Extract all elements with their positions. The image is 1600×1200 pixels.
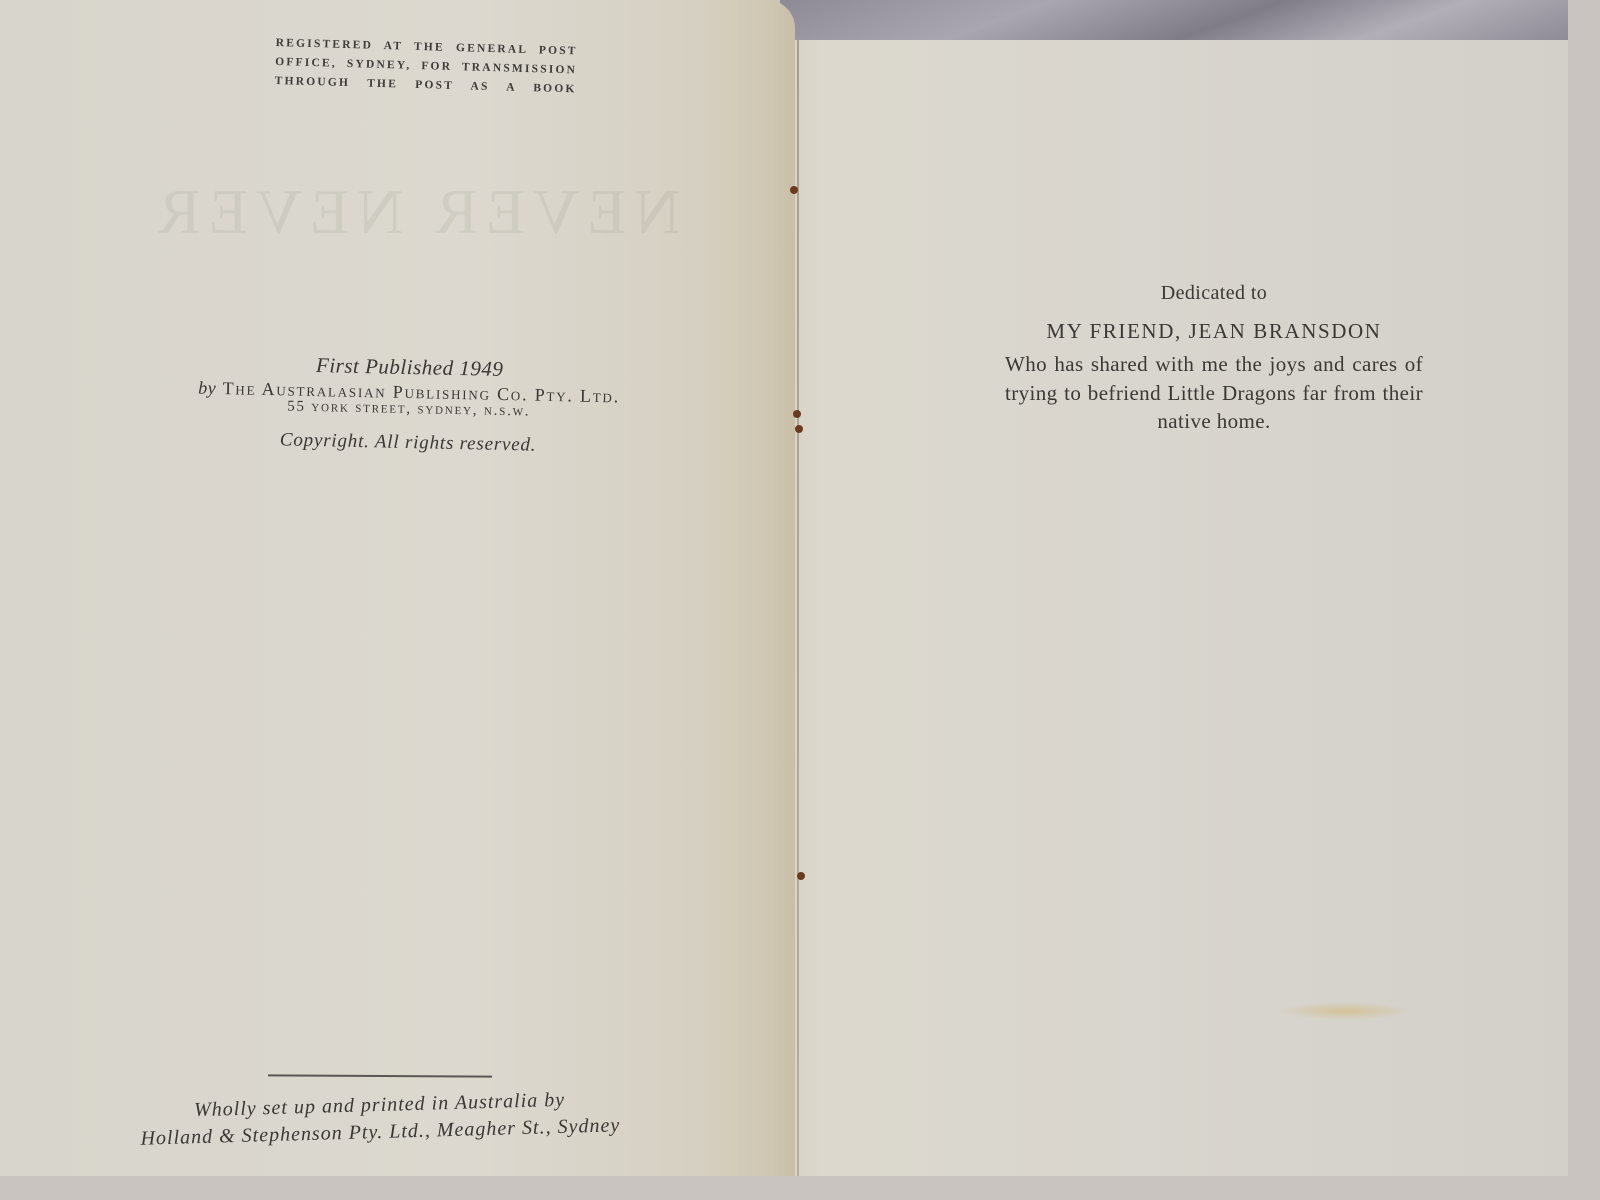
binding-stitch bbox=[790, 186, 798, 194]
registered-notice: REGISTERED AT THE GENERAL POST OFFICE, S… bbox=[274, 34, 577, 99]
publisher-by: by bbox=[198, 378, 216, 398]
dedicatee-name: MY FRIEND, JEAN BRANSDON bbox=[1005, 319, 1423, 344]
right-page bbox=[795, 40, 1568, 1176]
binding-stitch bbox=[797, 872, 805, 880]
publication-imprint: First Published 1949 by The Australasian… bbox=[168, 350, 650, 459]
dedication-text: Who has shared with me the joys and care… bbox=[1005, 350, 1423, 436]
show-through-text: NEVER NEVER bbox=[150, 175, 681, 249]
paper-stain bbox=[1280, 1002, 1410, 1020]
binding-stitch bbox=[793, 410, 801, 418]
book-gutter bbox=[797, 40, 799, 1176]
binding-stitch bbox=[795, 425, 803, 433]
dedication: Dedicated to MY FRIEND, JEAN BRANSDON Wh… bbox=[1005, 282, 1423, 436]
dedication-label: Dedicated to bbox=[1005, 282, 1423, 305]
